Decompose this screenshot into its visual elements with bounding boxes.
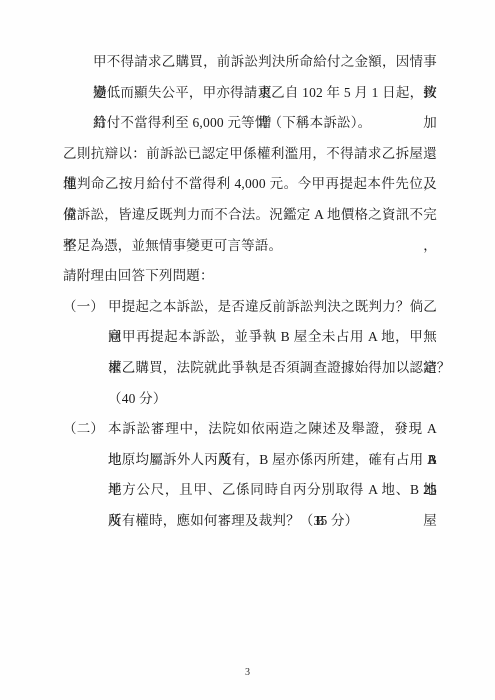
question-1-text: 求乙購買，法院就此爭執是否須調查證據始得加以認定？ — [108, 353, 437, 384]
question-2-text: 平方公尺，且甲、乙係同時自丙分別取得 A 地、B 地及 B 屋 — [108, 475, 437, 506]
question-item-1: （一） 甲提起之本訴訟，是否違反前訴訟判決之既判力？倘乙同 — [63, 292, 437, 323]
question-1-text: 意甲再提起本訴訟，並爭執 B 屋全未占用 A 地，甲無權請 — [108, 322, 437, 353]
question-item-2: （二） 本訴訟審理中，法院如依兩造之陳述及舉證，發現 A 地及 B — [63, 414, 437, 445]
question-1-text: 甲提起之本訴訟，是否違反前訴訟判決之既判力？倘乙同 — [108, 292, 437, 323]
text-line: 位訴訟，皆違反既判力而不合法。況鑑定 A 地價格之資訊不完整， — [63, 200, 437, 231]
text-line: 乙則抗辯以：前訴訟已認定甲係權利濫用，不得請求乙拆屋還地， — [63, 139, 437, 170]
question-2-label: （二） — [63, 414, 108, 445]
text-line: 甲不得請求乙購買，前訴訟判決所命給付之金額，因情事變更致 — [93, 47, 437, 78]
page-number: 3 — [0, 667, 495, 678]
question-1-label: （一） — [63, 292, 108, 323]
text-line: 僅判命乙按月給付不當得利 4,000 元。今甲再提起本件先位及備 — [63, 169, 437, 200]
question-1-score: （40 分） — [108, 384, 437, 415]
text-line: 過低而顯失公平，甲亦得請求乙自 102 年 5 月 1 日起，按月增加 — [93, 78, 437, 109]
document-page: 甲不得請求乙購買，前訴訟判決所命給付之金額，因情事變更致 過低而顯失公平，甲亦得… — [0, 0, 495, 700]
document-body: 甲不得請求乙購買，前訴訟判決所命給付之金額，因情事變更致 過低而顯失公平，甲亦得… — [63, 47, 437, 537]
instruction-line: 請附理由回答下列問題： — [63, 261, 437, 292]
question-2-text: 地原均屬訴外人丙所有，B 屋亦係丙所建，確有占用 A 地 25 — [108, 445, 437, 476]
question-2-text: 本訴訟審理中，法院如依兩造之陳述及舉證，發現 A 地及 B — [108, 414, 437, 445]
